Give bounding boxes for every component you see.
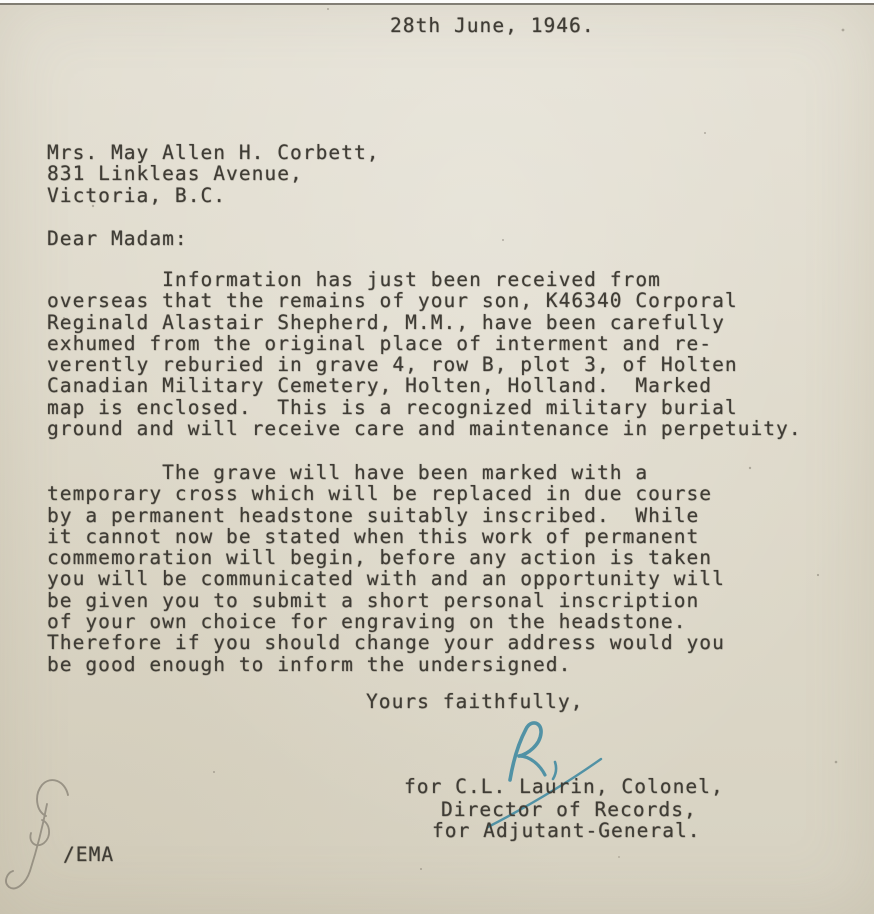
signature-title-line: Director of Records, xyxy=(441,799,697,820)
scan-edge-line xyxy=(0,3,874,5)
pencil-strokes xyxy=(6,780,68,888)
typist-reference: /EMA xyxy=(63,844,114,865)
signature-role-line: for Adjutant-General. xyxy=(432,820,701,841)
pencil-initials-icon xyxy=(0,770,100,914)
letter-page: 28th June, 1946. Mrs. May Allen H. Corbe… xyxy=(0,0,874,914)
date-line: 28th June, 1946. xyxy=(390,15,595,36)
body-paragraph-2: The grave will have been marked with a t… xyxy=(47,462,725,675)
salutation: Dear Madam: xyxy=(47,228,188,249)
recipient-address: Mrs. May Allen H. Corbett, 831 Linkleas … xyxy=(47,142,380,206)
signature-for-line: for C.L. Laurin, Colonel, xyxy=(404,776,724,797)
body-paragraph-1: Information has just been received from … xyxy=(47,269,802,439)
